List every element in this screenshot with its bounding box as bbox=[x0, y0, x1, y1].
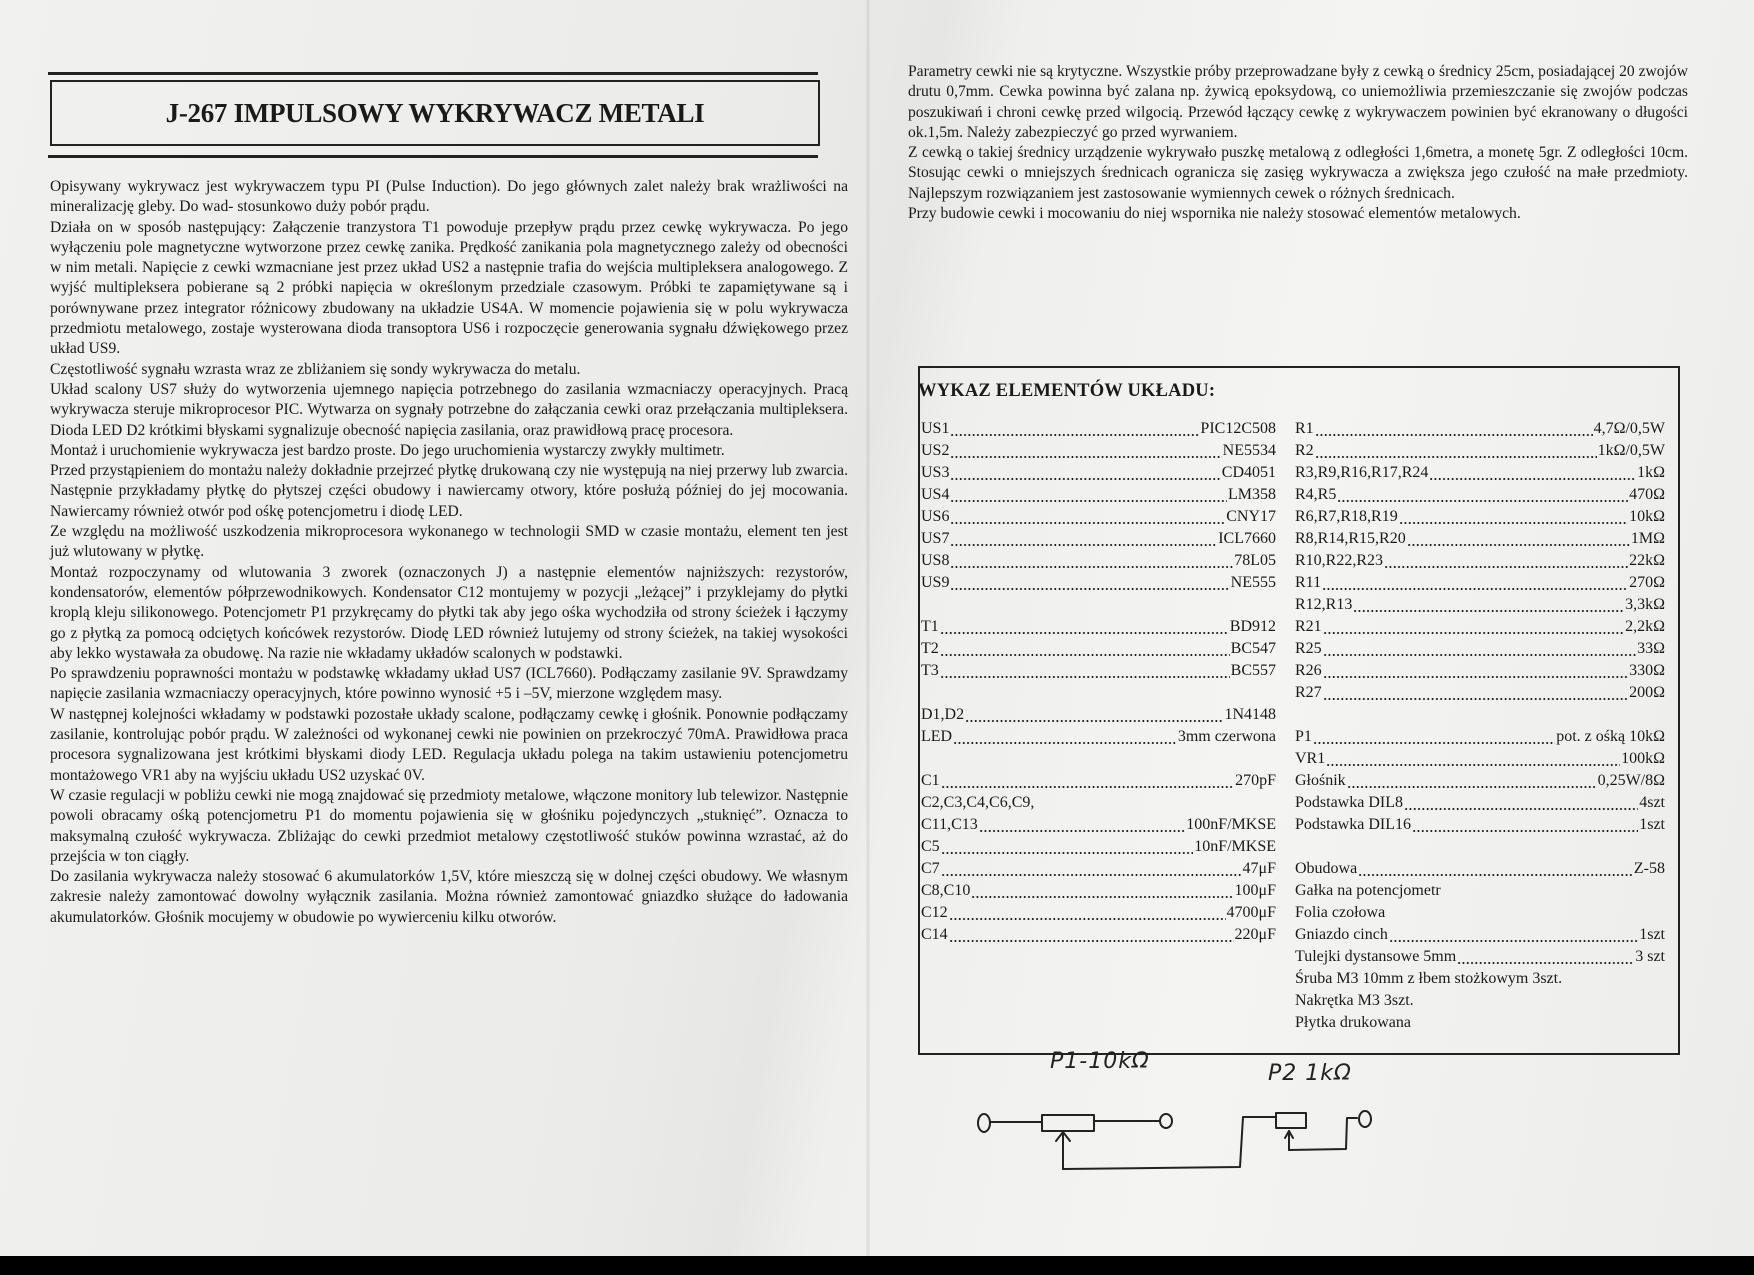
paragraph: Z cewką o takiej średnicy urządzenie wyk… bbox=[908, 143, 1688, 204]
part-reference: Gniazdo cinch bbox=[1295, 924, 1388, 946]
part-value: 33Ω bbox=[1637, 638, 1665, 660]
part-value: 330Ω bbox=[1629, 660, 1665, 682]
leader-dots bbox=[940, 616, 1229, 638]
part-value: pot. z ośką 10kΩ bbox=[1556, 726, 1665, 748]
part-value: 220μF bbox=[1235, 924, 1276, 946]
parts-list-item: R8,R14,R15,R201MΩ bbox=[1295, 528, 1665, 550]
leader-dots bbox=[1399, 506, 1628, 528]
paragraph: Parametry cewki nie są krytyczne. Wszyst… bbox=[908, 62, 1688, 143]
part-value: 2,2kΩ bbox=[1625, 616, 1665, 638]
parts-list-item: C1270pF bbox=[921, 770, 1276, 792]
leader-dots bbox=[941, 858, 1242, 880]
leader-dots bbox=[1429, 462, 1636, 484]
parts-list-item: R21kΩ/0,5W bbox=[1295, 440, 1665, 462]
leader-dots bbox=[971, 880, 1233, 902]
parts-list-item: US4LM358 bbox=[921, 484, 1276, 506]
leader-dots bbox=[1323, 660, 1628, 682]
part-reference: US7 bbox=[921, 528, 949, 550]
paragraph: Układ scalony US7 służy do wytworzenia u… bbox=[50, 380, 848, 441]
part-value: 4700μF bbox=[1227, 902, 1276, 924]
leader-dots bbox=[1323, 682, 1628, 704]
leader-dots bbox=[1337, 484, 1628, 506]
parts-list-item: T3BC557 bbox=[921, 660, 1276, 682]
parts-list-item: US3CD4051 bbox=[921, 462, 1276, 484]
leader-dots bbox=[1353, 594, 1624, 616]
leader-dots bbox=[1412, 814, 1638, 836]
leader-dots bbox=[1407, 528, 1630, 550]
parts-list-item: R3,R9,R16,R17,R241kΩ bbox=[1295, 462, 1665, 484]
leader-dots bbox=[950, 506, 1225, 528]
part-reference: VR1 bbox=[1295, 748, 1325, 770]
parts-list-item: C124700μF bbox=[921, 902, 1276, 924]
parts-spacer bbox=[921, 594, 1276, 616]
parts-spacer bbox=[921, 682, 1276, 704]
part-reference: Podstawka DIL16 bbox=[1295, 814, 1411, 836]
part-value: 1MΩ bbox=[1631, 528, 1665, 550]
parts-list-item: D1,D21N4148 bbox=[921, 704, 1276, 726]
part-value: 1kΩ bbox=[1637, 462, 1665, 484]
part-reference: US6 bbox=[921, 506, 949, 528]
parts-list-item: Gniazdo cinch1szt bbox=[1295, 924, 1665, 946]
parts-list-item: R212,2kΩ bbox=[1295, 616, 1665, 638]
title-box: J-267 IMPULSOWY WYKRYWACZ METALI bbox=[50, 80, 820, 146]
part-reference: Folia czołowa bbox=[1295, 902, 1385, 924]
part-value: 10nF/MKSE bbox=[1194, 836, 1276, 858]
part-reference: R8,R14,R15,R20 bbox=[1295, 528, 1406, 550]
part-value: 4,7Ω/0,5W bbox=[1594, 418, 1665, 440]
part-value: 1szt bbox=[1639, 814, 1665, 836]
parts-list-item: Nakrętka M3 3szt. bbox=[1295, 990, 1665, 1012]
parts-list-item: T2BC547 bbox=[921, 638, 1276, 660]
parts-spacer bbox=[921, 748, 1276, 770]
page-fold bbox=[866, 0, 870, 1256]
parts-list-item: ObudowaZ-58 bbox=[1295, 858, 1665, 880]
leader-dots bbox=[941, 836, 1194, 858]
parts-list-item: R11270Ω bbox=[1295, 572, 1665, 594]
part-value: BD912 bbox=[1230, 616, 1276, 638]
leader-dots bbox=[1358, 858, 1633, 880]
part-value: PIC12C508 bbox=[1200, 418, 1276, 440]
leader-dots bbox=[950, 550, 1233, 572]
parts-list-item: R12,R133,3kΩ bbox=[1295, 594, 1665, 616]
document-title: J-267 IMPULSOWY WYKRYWACZ METALI bbox=[166, 98, 705, 129]
leader-dots bbox=[940, 660, 1230, 682]
parts-list-right-column: R14,7Ω/0,5WR21kΩ/0,5WR3,R9,R16,R17,R241k… bbox=[1295, 418, 1665, 1034]
part-value: BC547 bbox=[1231, 638, 1276, 660]
parts-list-item: US6CNY17 bbox=[921, 506, 1276, 528]
part-value: 4szt bbox=[1639, 792, 1665, 814]
part-value: 1kΩ/0,5W bbox=[1598, 440, 1665, 462]
description-text: Opisywany wykrywacz jest wykrywaczem typ… bbox=[50, 177, 848, 928]
p2-label: P2 1kΩ bbox=[1268, 1061, 1352, 1086]
part-reference: Płytka drukowana bbox=[1295, 1012, 1411, 1034]
leader-dots bbox=[940, 638, 1230, 660]
part-reference: C2,C3,C4,C6,C9, bbox=[921, 792, 1034, 814]
leader-dots bbox=[1315, 440, 1597, 462]
part-reference: US9 bbox=[921, 572, 949, 594]
part-reference: T3 bbox=[921, 660, 939, 682]
leader-dots bbox=[950, 440, 1221, 462]
coil-notes-text: Parametry cewki nie są krytyczne. Wszyst… bbox=[908, 62, 1688, 224]
part-reference: R1 bbox=[1295, 418, 1314, 440]
leader-dots bbox=[949, 924, 1234, 946]
parts-list-item: US2NE5534 bbox=[921, 440, 1276, 462]
handwritten-potentiometer-schematic: P1-10kΩ P2 1kΩ bbox=[960, 1055, 1410, 1190]
parts-list-item: R27200Ω bbox=[1295, 682, 1665, 704]
part-value: 3mm czerwona bbox=[1178, 726, 1276, 748]
parts-list-item: R14,7Ω/0,5W bbox=[1295, 418, 1665, 440]
part-reference: US1 bbox=[921, 418, 949, 440]
part-reference: Tulejki dystansowe 5mm bbox=[1295, 946, 1456, 968]
leader-dots bbox=[950, 462, 1220, 484]
part-reference: LED bbox=[921, 726, 952, 748]
part-reference: Gałka na potencjometr bbox=[1295, 880, 1441, 902]
part-reference: R4,R5 bbox=[1295, 484, 1336, 506]
leader-dots bbox=[1322, 572, 1628, 594]
part-value: LM358 bbox=[1228, 484, 1276, 506]
leader-dots bbox=[950, 572, 1229, 594]
parts-list-item: C14220μF bbox=[921, 924, 1276, 946]
paragraph: Montaż rozpoczynamy od wlutowania 3 zwor… bbox=[50, 563, 848, 664]
part-value: 100nF/MKSE bbox=[1186, 814, 1276, 836]
leader-dots bbox=[965, 704, 1223, 726]
leader-dots bbox=[1389, 924, 1638, 946]
part-reference: R21 bbox=[1295, 616, 1322, 638]
part-reference: C12 bbox=[921, 902, 948, 924]
parts-list-item: Podstawka DIL161szt bbox=[1295, 814, 1665, 836]
parts-list-item: Podstawka DIL84szt bbox=[1295, 792, 1665, 814]
part-reference: C8,C10 bbox=[921, 880, 970, 902]
part-reference: US8 bbox=[921, 550, 949, 572]
parts-spacer bbox=[1295, 836, 1665, 858]
part-reference: Nakrętka M3 3szt. bbox=[1295, 990, 1414, 1012]
part-reference: R10,R22,R23 bbox=[1295, 550, 1383, 572]
leader-dots bbox=[1313, 726, 1555, 748]
part-reference: P1 bbox=[1295, 726, 1312, 748]
leader-dots bbox=[950, 528, 1217, 550]
p1-label: P1-10kΩ bbox=[1050, 1049, 1150, 1074]
part-reference: R6,R7,R18,R19 bbox=[1295, 506, 1398, 528]
part-reference: US2 bbox=[921, 440, 949, 462]
leader-dots bbox=[953, 726, 1177, 748]
paragraph: Przy budowie cewki i mocowaniu do niej w… bbox=[908, 204, 1688, 224]
part-reference: Obudowa bbox=[1295, 858, 1357, 880]
part-reference: US4 bbox=[921, 484, 949, 506]
part-reference: T2 bbox=[921, 638, 939, 660]
parts-list-item: VR1100kΩ bbox=[1295, 748, 1665, 770]
paragraph: Do zasilania wykrywacza należy stosować … bbox=[50, 867, 848, 928]
parts-list-item: Głośnik0,25W/8Ω bbox=[1295, 770, 1665, 792]
parts-list-item: US7ICL7660 bbox=[921, 528, 1276, 550]
part-reference: R25 bbox=[1295, 638, 1322, 660]
parts-list-item: R10,R22,R2322kΩ bbox=[1295, 550, 1665, 572]
title-rule-bottom bbox=[48, 155, 818, 158]
part-value: 1szt bbox=[1639, 924, 1665, 946]
paragraph: Działa on w sposób następujący: Załączen… bbox=[50, 218, 848, 360]
parts-spacer bbox=[1295, 704, 1665, 726]
leader-dots bbox=[950, 484, 1227, 506]
parts-list-item: LED3mm czerwona bbox=[921, 726, 1276, 748]
part-reference: C14 bbox=[921, 924, 948, 946]
part-reference: R3,R9,R16,R17,R24 bbox=[1295, 462, 1428, 484]
part-reference: Podstawka DIL8 bbox=[1295, 792, 1403, 814]
part-value: CD4051 bbox=[1222, 462, 1276, 484]
parts-list-item: R2533Ω bbox=[1295, 638, 1665, 660]
part-value: 100kΩ bbox=[1621, 748, 1665, 770]
part-value: 200Ω bbox=[1629, 682, 1665, 704]
parts-list-item: R6,R7,R18,R1910kΩ bbox=[1295, 506, 1665, 528]
part-value: CNY17 bbox=[1226, 506, 1276, 528]
parts-list-item: C510nF/MKSE bbox=[921, 836, 1276, 858]
part-value: 22kΩ bbox=[1629, 550, 1665, 572]
parts-list-item: P1pot. z ośką 10kΩ bbox=[1295, 726, 1665, 748]
part-reference: T1 bbox=[921, 616, 939, 638]
part-reference: R12,R13 bbox=[1295, 594, 1352, 616]
part-reference: C7 bbox=[921, 858, 940, 880]
leader-dots bbox=[1323, 638, 1636, 660]
parts-list-item: C8,C10100μF bbox=[921, 880, 1276, 902]
paragraph: Ze względu na możliwość uszkodzenia mikr… bbox=[50, 522, 848, 563]
parts-list-item: US1PIC12C508 bbox=[921, 418, 1276, 440]
leader-dots bbox=[1323, 616, 1624, 638]
parts-list-item: C2,C3,C4,C6,C9, bbox=[921, 792, 1276, 814]
parts-list-left-column: US1PIC12C508US2NE5534US3CD4051US4LM358US… bbox=[921, 418, 1276, 946]
part-reference: Głośnik bbox=[1295, 770, 1346, 792]
part-value: 1N4148 bbox=[1224, 704, 1276, 726]
parts-list-item: R4,R5470Ω bbox=[1295, 484, 1665, 506]
leader-dots bbox=[1315, 418, 1593, 440]
part-value: 47μF bbox=[1243, 858, 1276, 880]
leader-dots bbox=[1457, 946, 1634, 968]
parts-list-item: Tulejki dystansowe 5mm3 szt bbox=[1295, 946, 1665, 968]
parts-list-item: R26330Ω bbox=[1295, 660, 1665, 682]
part-value: 3 szt bbox=[1635, 946, 1665, 968]
part-reference: C1 bbox=[921, 770, 940, 792]
paragraph: Przed przystąpieniem do montażu należy d… bbox=[50, 461, 848, 522]
part-reference: Śruba M3 10mm z łbem stożkowym 3szt. bbox=[1295, 968, 1562, 990]
part-value: 470Ω bbox=[1629, 484, 1665, 506]
parts-list-item: Śruba M3 10mm z łbem stożkowym 3szt. bbox=[1295, 968, 1665, 990]
scanned-page: J-267 IMPULSOWY WYKRYWACZ METALI Opisywa… bbox=[0, 0, 1754, 1256]
part-value: Z-58 bbox=[1634, 858, 1665, 880]
part-reference: R26 bbox=[1295, 660, 1322, 682]
leader-dots bbox=[950, 418, 1199, 440]
paragraph: Opisywany wykrywacz jest wykrywaczem typ… bbox=[50, 177, 848, 218]
paragraph: Częstotliwość sygnału wzrasta wraz ze zb… bbox=[50, 360, 848, 380]
part-value: NE555 bbox=[1231, 572, 1276, 594]
part-reference: US3 bbox=[921, 462, 949, 484]
part-value: NE5534 bbox=[1223, 440, 1276, 462]
parts-list-item: Płytka drukowana bbox=[1295, 1012, 1665, 1034]
paragraph: W czasie regulacji w pobliżu cewki nie m… bbox=[50, 786, 848, 867]
parts-list-item: US9NE555 bbox=[921, 572, 1276, 594]
parts-list-item: US878L05 bbox=[921, 550, 1276, 572]
title-rule-top bbox=[48, 72, 818, 75]
part-reference: R27 bbox=[1295, 682, 1322, 704]
parts-list-item: C11,C13100nF/MKSE bbox=[921, 814, 1276, 836]
part-reference: R2 bbox=[1295, 440, 1314, 462]
part-reference: C5 bbox=[921, 836, 940, 858]
part-value: 100μF bbox=[1235, 880, 1276, 902]
parts-list-item: Folia czołowa bbox=[1295, 902, 1665, 924]
leader-dots bbox=[1384, 550, 1628, 572]
part-value: 3,3kΩ bbox=[1625, 594, 1665, 616]
part-value: 10kΩ bbox=[1629, 506, 1665, 528]
part-reference: D1,D2 bbox=[921, 704, 964, 726]
parts-list-item: C747μF bbox=[921, 858, 1276, 880]
part-value: 270pF bbox=[1235, 770, 1276, 792]
paragraph: W następnej kolejności wkładamy w podsta… bbox=[50, 705, 848, 786]
part-reference: C11,C13 bbox=[921, 814, 978, 836]
paragraph: Po sprawdzeniu poprawności montażu w pod… bbox=[50, 664, 848, 705]
parts-list-title: WYKAZ ELEMENTÓW UKŁADU: bbox=[918, 381, 1318, 402]
leader-dots bbox=[941, 770, 1234, 792]
leader-dots bbox=[949, 902, 1226, 924]
part-value: 270Ω bbox=[1629, 572, 1665, 594]
leader-dots bbox=[979, 814, 1185, 836]
parts-list-item: Gałka na potencjometr bbox=[1295, 880, 1665, 902]
part-value: BC557 bbox=[1231, 660, 1276, 682]
part-value: 78L05 bbox=[1234, 550, 1276, 572]
part-value: 0,25W/8Ω bbox=[1598, 770, 1665, 792]
part-value: ICL7660 bbox=[1218, 528, 1276, 550]
leader-dots bbox=[1404, 792, 1638, 814]
part-reference: R11 bbox=[1295, 572, 1321, 594]
leader-dots bbox=[1347, 770, 1597, 792]
parts-list-item: T1BD912 bbox=[921, 616, 1276, 638]
leader-dots bbox=[1326, 748, 1620, 770]
paragraph: Montaż i uruchomienie wykrywacza jest ba… bbox=[50, 441, 848, 461]
